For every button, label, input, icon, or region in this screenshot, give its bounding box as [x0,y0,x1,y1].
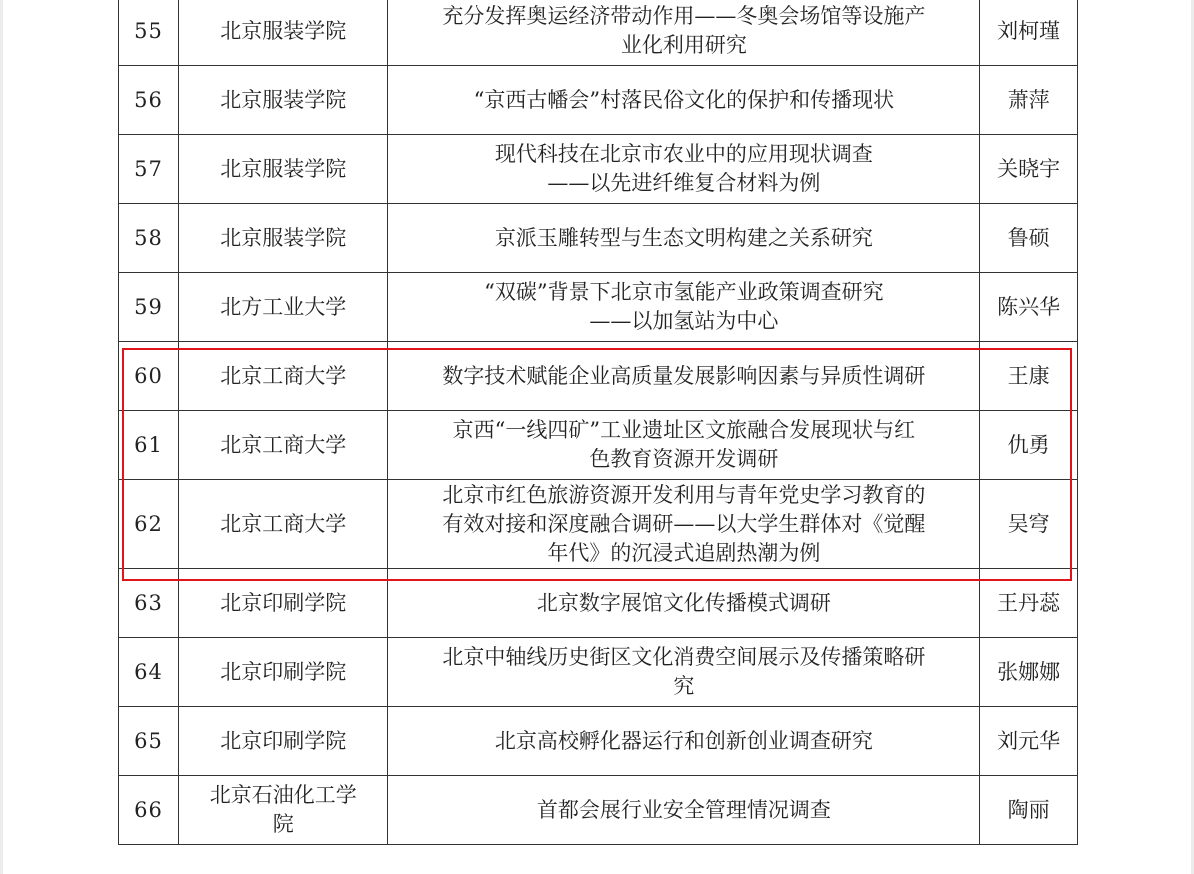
title-line: 北京数字展馆文化传播模式调研 [398,589,969,618]
title-line: 北京市红色旅游资源开发利用与青年党史学习教育的 [398,481,969,510]
school-cell: 北京石油化工学 院 [179,776,388,845]
table-row: 58 北京服装学院 京派玉雕转型与生态文明构建之关系研究 鲁硕 [119,204,1078,273]
row-number: 59 [119,273,179,342]
table-row-highlighted: 60 北京工商大学 数字技术赋能企业高质量发展影响因素与异质性调研 王康 [119,342,1078,411]
person-cell: 关晓宇 [980,135,1078,204]
school-cell: 北京服装学院 [179,0,388,66]
title-line: ——以加氢站为中心 [398,307,969,336]
title-cell: 北京高校孵化器运行和创新创业调查研究 [388,707,980,776]
table-row: 56 北京服装学院 “京西古幡会”村落民俗文化的保护和传播现状 萧萍 [119,66,1078,135]
school-cell: 北方工业大学 [179,273,388,342]
person-cell: 吴穹 [980,480,1078,569]
table-row: 57 北京服装学院 现代科技在北京市农业中的应用现状调查 ——以先进纤维复合材料… [119,135,1078,204]
title-cell: 北京中轴线历史街区文化消费空间展示及传播策略研 究 [388,638,980,707]
title-cell: 京西“一线四矿”工业遗址区文旅融合发展现状与红 色教育资源开发调研 [388,411,980,480]
project-table: 55 北京服装学院 充分发挥奥运经济带动作用——冬奥会场馆等设施产 业化利用研究… [118,0,1078,845]
row-number: 65 [119,707,179,776]
title-line: 现代科技在北京市农业中的应用现状调查 [398,140,969,169]
school-line: 北京石油化工学 [185,781,381,810]
person-cell: 鲁硕 [980,204,1078,273]
school-cell: 北京服装学院 [179,204,388,273]
table-row: 64 北京印刷学院 北京中轴线历史街区文化消费空间展示及传播策略研 究 张娜娜 [119,638,1078,707]
document-viewer: 55 北京服装学院 充分发挥奥运经济带动作用——冬奥会场馆等设施产 业化利用研究… [0,0,1194,874]
person-cell: 仇勇 [980,411,1078,480]
row-number: 64 [119,638,179,707]
title-line: 业化利用研究 [398,31,969,60]
person-cell: 陈兴华 [980,273,1078,342]
title-line: 首都会展行业安全管理情况调查 [398,796,969,825]
row-number: 62 [119,480,179,569]
person-cell: 王丹蕊 [980,569,1078,638]
title-cell: “双碳”背景下北京市氢能产业政策调查研究 ——以加氢站为中心 [388,273,980,342]
table-row: 66 北京石油化工学 院 首都会展行业安全管理情况调查 陶丽 [119,776,1078,845]
school-cell: 北京工商大学 [179,342,388,411]
title-cell: 数字技术赋能企业高质量发展影响因素与异质性调研 [388,342,980,411]
title-line: 年代》的沉浸式追剧热潮为例 [398,539,969,568]
school-cell: 北京印刷学院 [179,569,388,638]
title-line: ——以先进纤维复合材料为例 [398,169,969,198]
title-line: 北京高校孵化器运行和创新创业调查研究 [398,727,969,756]
school-cell: 北京工商大学 [179,480,388,569]
table-row: 65 北京印刷学院 北京高校孵化器运行和创新创业调查研究 刘元华 [119,707,1078,776]
school-cell: 北京印刷学院 [179,707,388,776]
title-line: 北京中轴线历史街区文化消费空间展示及传播策略研 [398,643,969,672]
school-cell: 北京印刷学院 [179,638,388,707]
title-line: 数字技术赋能企业高质量发展影响因素与异质性调研 [398,362,969,391]
row-number: 61 [119,411,179,480]
school-cell: 北京工商大学 [179,411,388,480]
person-cell: 刘柯瑾 [980,0,1078,66]
title-line: “京西古幡会”村落民俗文化的保护和传播现状 [398,86,969,115]
table-row-highlighted: 62 北京工商大学 北京市红色旅游资源开发利用与青年党史学习教育的 有效对接和深… [119,480,1078,569]
title-line: 京西“一线四矿”工业遗址区文旅融合发展现状与红 [398,416,969,445]
row-number: 57 [119,135,179,204]
title-cell: 北京市红色旅游资源开发利用与青年党史学习教育的 有效对接和深度融合调研——以大学… [388,480,980,569]
title-line: 京派玉雕转型与生态文明构建之关系研究 [398,224,969,253]
title-cell: 北京数字展馆文化传播模式调研 [388,569,980,638]
school-cell: 北京服装学院 [179,66,388,135]
row-number: 58 [119,204,179,273]
person-cell: 萧萍 [980,66,1078,135]
title-cell: 充分发挥奥运经济带动作用——冬奥会场馆等设施产 业化利用研究 [388,0,980,66]
title-cell: 首都会展行业安全管理情况调查 [388,776,980,845]
row-number: 60 [119,342,179,411]
title-line: 色教育资源开发调研 [398,445,969,474]
page-edge-left [0,0,3,874]
school-cell: 北京服装学院 [179,135,388,204]
project-table-container: 55 北京服装学院 充分发挥奥运经济带动作用——冬奥会场馆等设施产 业化利用研究… [118,0,1078,845]
title-cell: “京西古幡会”村落民俗文化的保护和传播现状 [388,66,980,135]
person-cell: 刘元华 [980,707,1078,776]
person-cell: 陶丽 [980,776,1078,845]
title-cell: 现代科技在北京市农业中的应用现状调查 ——以先进纤维复合材料为例 [388,135,980,204]
school-line: 院 [185,810,381,839]
title-cell: 京派玉雕转型与生态文明构建之关系研究 [388,204,980,273]
row-number: 55 [119,0,179,66]
table-row: 63 北京印刷学院 北京数字展馆文化传播模式调研 王丹蕊 [119,569,1078,638]
table-row: 55 北京服装学院 充分发挥奥运经济带动作用——冬奥会场馆等设施产 业化利用研究… [119,0,1078,66]
title-line: 有效对接和深度融合调研——以大学生群体对《觉醒 [398,510,969,539]
title-line: “双碳”背景下北京市氢能产业政策调查研究 [398,278,969,307]
table-row-highlighted: 61 北京工商大学 京西“一线四矿”工业遗址区文旅融合发展现状与红 色教育资源开… [119,411,1078,480]
person-cell: 张娜娜 [980,638,1078,707]
title-line: 究 [398,672,969,701]
row-number: 66 [119,776,179,845]
row-number: 63 [119,569,179,638]
table-row: 59 北方工业大学 “双碳”背景下北京市氢能产业政策调查研究 ——以加氢站为中心… [119,273,1078,342]
title-line: 充分发挥奥运经济带动作用——冬奥会场馆等设施产 [398,2,969,31]
person-cell: 王康 [980,342,1078,411]
row-number: 56 [119,66,179,135]
